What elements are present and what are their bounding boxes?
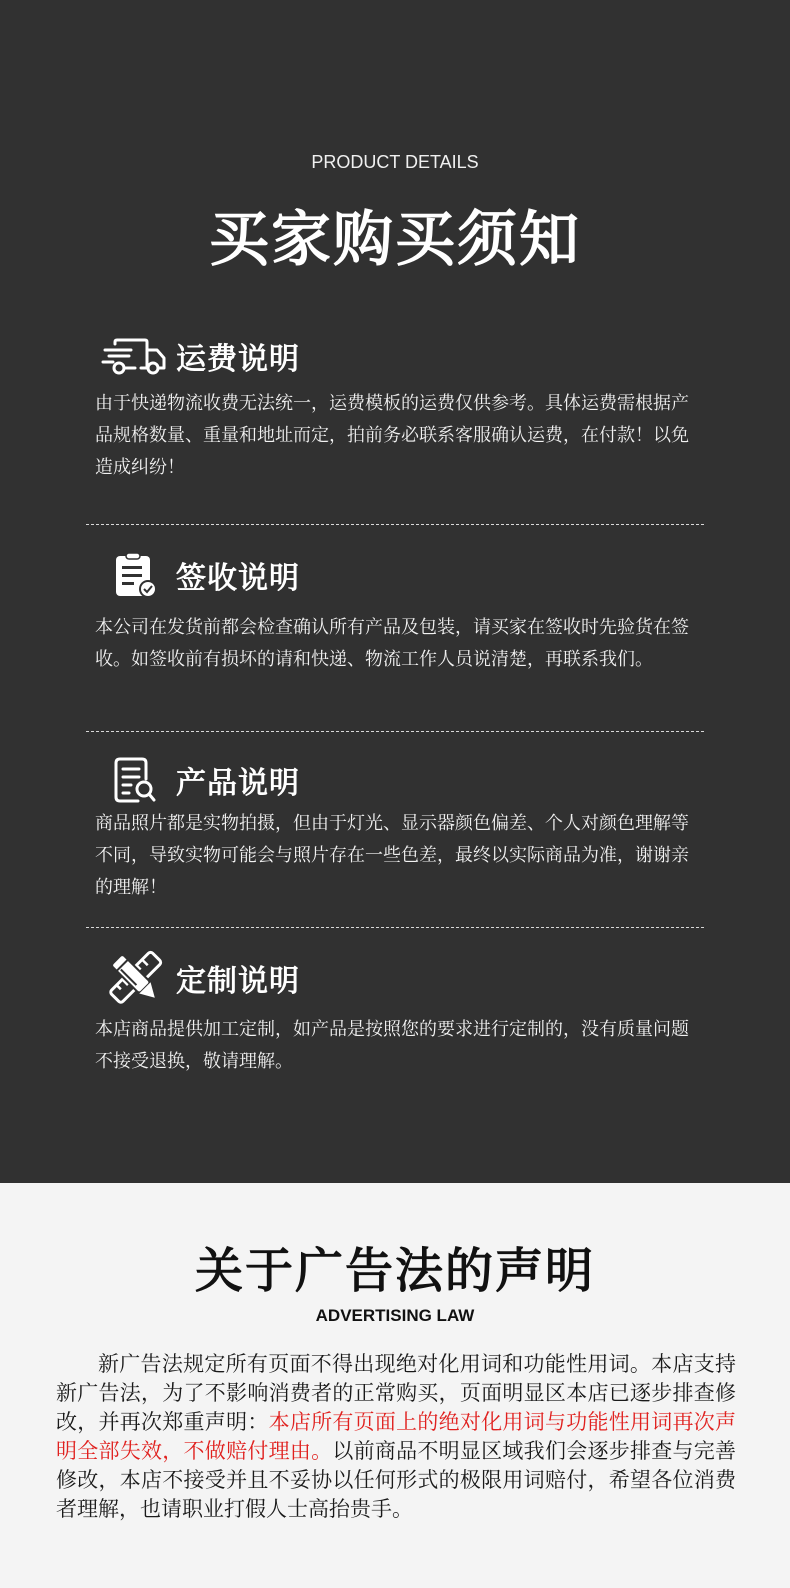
section-product-body: 商品照片都是实物拍摄，但由于灯光、显示器颜色偏差、个人对颜色理解等不同，导致实物… [95, 808, 695, 904]
section-custom-body: 本店商品提供加工定制，如产品是按照您的要求进行定制的，没有质量问题不接受退换，敬… [95, 1014, 695, 1078]
eyebrow-product-details: PRODUCT DETAILS [0, 152, 790, 173]
buyer-notice-panel: PRODUCT DETAILS 买家购买须知 运费说明 由于快递物流收费无法统一… [0, 0, 790, 1183]
section-product-header: 产品说明 [100, 750, 300, 810]
section-shipping-body: 由于快递物流收费无法统一，运费模板的运费仅供参考。具体运费需根据产品规格数量、重… [95, 388, 695, 484]
dashed-divider [86, 731, 704, 732]
section-receiving-body: 本公司在发货前都会检查确认所有产品及包装，请买家在签收时先验货在签收。如签收前有… [95, 612, 695, 676]
page-title: 买家购买须知 [0, 192, 790, 278]
section-title: 定制说明 [176, 956, 300, 1000]
ad-law-notice: 新广告法规定所有页面不得出现绝对化用词和功能性用词。本店支持新广告法，为了不影响… [56, 1350, 736, 1524]
document-search-icon [100, 750, 170, 810]
section-title: 运费说明 [176, 334, 300, 378]
ad-law-title: 关于广告法的声明 [0, 1232, 790, 1301]
section-title: 签收说明 [176, 553, 300, 597]
section-shipping-header: 运费说明 [100, 326, 300, 386]
dashed-divider [86, 524, 704, 525]
dashed-divider [86, 927, 704, 928]
pencil-ruler-icon [100, 948, 170, 1008]
section-title: 产品说明 [176, 758, 300, 802]
delivery-truck-icon [100, 326, 170, 386]
ad-law-eyebrow: ADVERTISING LAW [0, 1306, 790, 1326]
section-receiving-header: 签收说明 [100, 545, 300, 605]
section-custom-header: 定制说明 [100, 948, 300, 1008]
clipboard-check-icon [100, 545, 170, 605]
